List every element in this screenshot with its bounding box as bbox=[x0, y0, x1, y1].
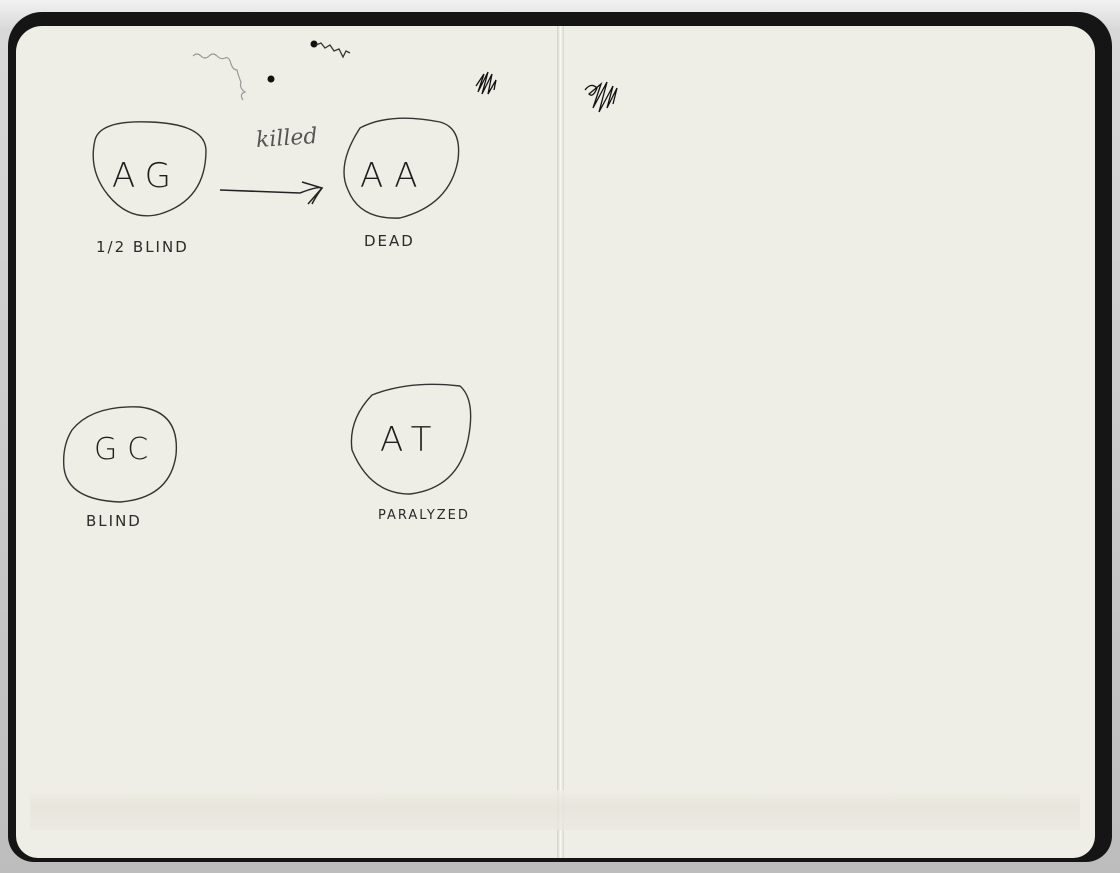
node-AT-label: AT bbox=[380, 420, 441, 460]
pen-test-scribble bbox=[316, 43, 350, 57]
arrow-killed bbox=[220, 188, 322, 204]
pen-test-scribble bbox=[585, 82, 617, 112]
edge-label-killed: killed bbox=[255, 124, 318, 153]
pen-test-scribble bbox=[476, 72, 496, 94]
node-AG-label: AG bbox=[112, 156, 181, 196]
status-AA: DEAD bbox=[364, 232, 415, 250]
pen-test-scribble bbox=[193, 54, 245, 100]
status-AG: 1/2 BLIND bbox=[96, 238, 189, 256]
ink-dot bbox=[268, 76, 275, 83]
status-GC: BLIND bbox=[86, 512, 142, 530]
node-AA-label: AA bbox=[360, 156, 427, 196]
status-AT: PARALYZED bbox=[378, 508, 470, 523]
node-GC-label: GC bbox=[94, 432, 158, 467]
ink-dot bbox=[311, 41, 318, 48]
ink-drawings bbox=[0, 0, 1120, 873]
